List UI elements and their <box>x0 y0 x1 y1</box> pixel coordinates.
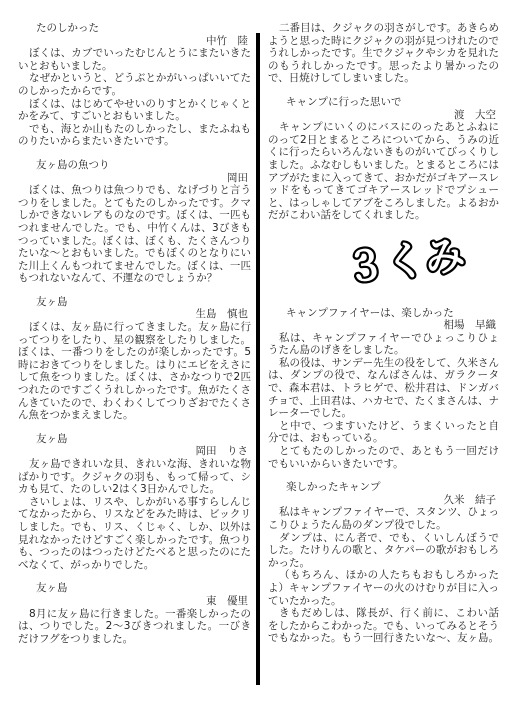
essay-author: 久米 結子 <box>268 494 499 507</box>
essay-paragraph: キャンプにいくのにバスにのったあとふねにのって2日とまるところについてから、うみ… <box>268 121 499 222</box>
essay-author: 中竹 陸 <box>18 35 251 48</box>
column-divider-rule <box>256 33 260 685</box>
essay-author: 渡 大空 <box>268 109 499 122</box>
essay-title: キャンプに行った思いで <box>268 96 499 109</box>
essay-section: 二番目は、クジャクの羽さがしです。あきらめようと思った時にクジャクの羽が見つけれ… <box>268 22 499 85</box>
essay-section: 友ヶ島 生島 慎也 ぼくは、友ヶ島に行ってきました。友ヶ島に行ってつりをしたり、… <box>18 296 251 422</box>
class-3-logo: ３くみ <box>268 230 499 296</box>
handwritten-logo-icon: ３くみ <box>323 230 487 292</box>
essay-author: 相場 早織 <box>268 319 499 332</box>
essay-section: たのしかった 中竹 陸 ぼくは、カブでいったむじんとうにまたいきたいとおもいまし… <box>18 22 251 148</box>
essay-paragraph: 私はキャンプファイヤーで、スタンツ、ひょっこりひょうたん島のダンプ役でした。 <box>268 506 499 531</box>
essay-section: キャンプファイヤーは、楽しかった 相場 早織 私は、キャンプファイヤーでひょっこ… <box>268 307 499 471</box>
essay-title: 楽しかったキャンプ <box>268 481 499 494</box>
right-column: 二番目は、クジャクの羽さがしです。あきらめようと思った時にクジャクの羽が見つけれ… <box>268 22 499 645</box>
essay-author: 東 優里 <box>18 595 251 608</box>
essay-section: 友ヶ島 東 優里 8月に友ヶ島に行きました。一番楽しかったのは、つりでした。2〜… <box>18 582 251 645</box>
essay-paragraph: 私は、キャンプファイヤーでひょっこりひょうたん島のげきをしました。 <box>268 332 499 357</box>
essay-paragraph: なぜかというと、どうぶとかがいっぱいいてたのしかったからです。 <box>18 72 251 97</box>
essay-paragraph: とてもたのしかったので、あともう一回だけでもいいからいきたいです。 <box>268 445 499 470</box>
essay-paragraph: （もちろん、ほかの人たちもおもしろかったよ）キャンプファイヤーの火のけむりが目に… <box>268 569 499 607</box>
newsletter-page: たのしかった 中竹 陸 ぼくは、カブでいったむじんとうにまたいきたいとおもいまし… <box>0 0 506 716</box>
essay-title: 友ヶ島 <box>18 296 251 309</box>
essay-title: 友ヶ島の魚つり <box>18 159 251 172</box>
essay-paragraph: ぼくは、はじめてやせいのりすとかくじゃくとかをみて、すごいとおもいました。 <box>18 98 251 123</box>
essay-paragraph: でも、海とか山もたのしかったし、またふねものりたいからまたいきたいです。 <box>18 123 251 148</box>
essay-author: 生島 慎也 <box>18 308 251 321</box>
essay-paragraph: と中で、つますいたけど、うまくいったと自分では、おもっている。 <box>268 420 499 445</box>
essay-paragraph: 友ヶ島できれいな貝、きれいな海、きれいな物ばかりです。クジャクの羽も、もって帰っ… <box>18 458 251 496</box>
essay-paragraph: 二番目は、クジャクの羽さがしです。あきらめようと思った時にクジャクの羽が見つけれ… <box>268 22 499 85</box>
essay-paragraph: きもだめしは、隊長が、行く前に、こわい話をしたからこわかった。でも、いってみると… <box>268 607 499 645</box>
essay-title: 友ヶ島 <box>18 433 251 446</box>
essay-paragraph: 8月に友ヶ島に行きました。一番楽しかったのは、つりでした。2〜3びきつれました。… <box>18 608 251 646</box>
essay-paragraph: ダンプは、にん者で、でも、くいしんぼうでした。たけりんの歌と、タケパーの歌がおも… <box>268 532 499 570</box>
essay-paragraph: さいしょは、リスや、しかがいる事すらしんじてなかったから、リスなどをみた時は、ビ… <box>18 496 251 572</box>
left-column: たのしかった 中竹 陸 ぼくは、カブでいったむじんとうにまたいきたいとおもいまし… <box>18 22 251 645</box>
essay-title: キャンプファイヤーは、楽しかった <box>268 307 499 320</box>
essay-paragraph: ぼくは、魚つりは魚つりでも、なげづりと言うつりをしました。とてもたのしかったです… <box>18 184 251 285</box>
essay-title: 友ヶ島 <box>18 582 251 595</box>
essay-author: 岡田 <box>18 172 251 185</box>
essay-author: 岡田 りさ <box>18 445 251 458</box>
essay-paragraph: ぼくは、カブでいったむじんとうにまたいきたいとおもいました。 <box>18 47 251 72</box>
essay-section: キャンプに行った思いで 渡 大空 キャンプにいくのにバスにのったあとふねにのって… <box>268 96 499 222</box>
essay-paragraph: ぼくは、友ヶ島に行ってきました。友ヶ島に行ってつりをしたり、星の観察をしたりしま… <box>18 321 251 422</box>
logo-text: ３くみ <box>343 232 468 292</box>
essay-title: たのしかった <box>18 22 251 35</box>
essay-section: 友ヶ島 岡田 りさ 友ヶ島できれいな貝、きれいな海、きれいな物ばかりです。クジャ… <box>18 433 251 572</box>
essay-section: 友ヶ島の魚つり 岡田 ぼくは、魚つりは魚つりでも、なげづりと言うつりをしました。… <box>18 159 251 285</box>
essay-section: 楽しかったキャンプ 久米 結子 私はキャンプファイヤーで、スタンツ、ひょっこりひ… <box>268 481 499 645</box>
essay-paragraph: 私の役は、サンデー先生の役をして、久米さんは、ダンプの役で、なんばさんは、ガラク… <box>268 357 499 420</box>
